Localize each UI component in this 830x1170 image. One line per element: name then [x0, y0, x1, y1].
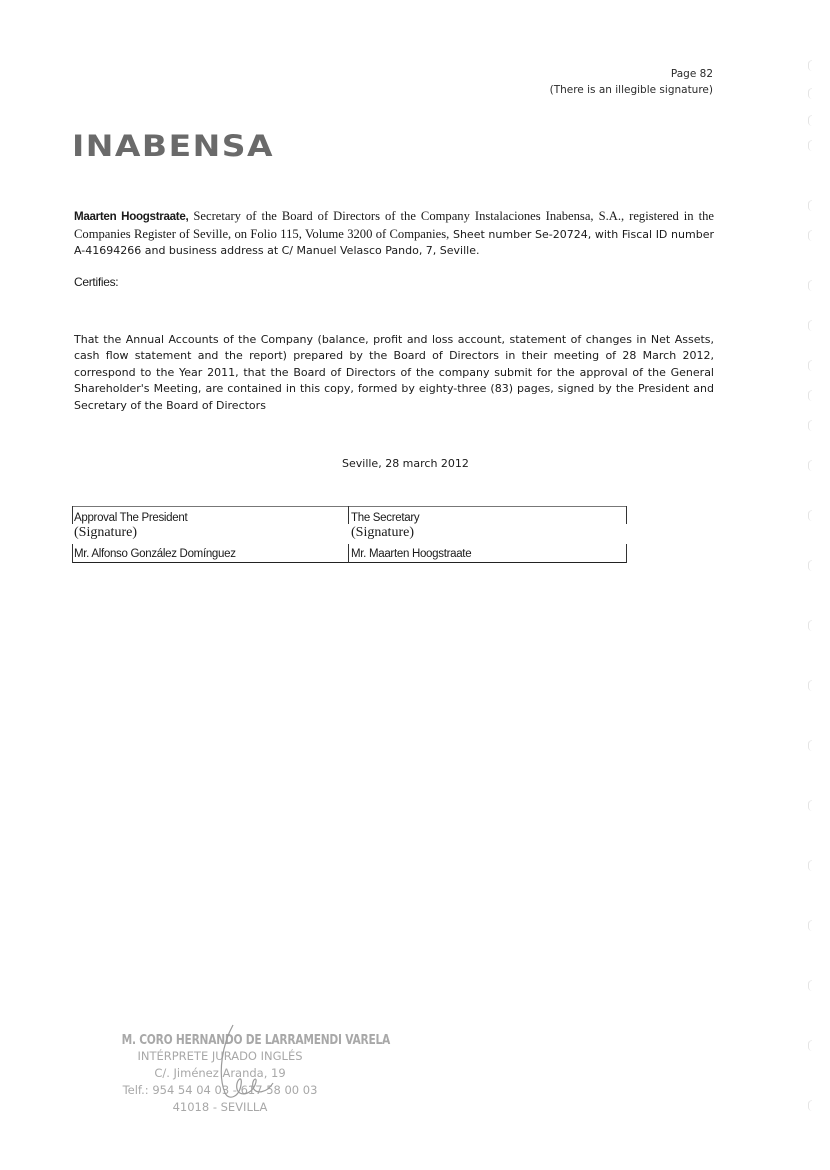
translator-stamp: M. CORO HERNANDO DE LARRAMENDI VARELA IN… — [100, 1033, 340, 1116]
table-divider — [72, 544, 73, 563]
place-date: Seville, 28 march 2012 — [342, 457, 469, 470]
signature-table: Approval The President (Signature) Mr. A… — [72, 506, 627, 563]
table-bottom-border — [72, 562, 627, 563]
president-signature: (Signature) — [74, 525, 137, 541]
table-divider — [348, 544, 349, 563]
secretary-title: The Secretary — [351, 512, 419, 524]
table-divider — [626, 506, 627, 524]
intro-paragraph: Maarten Hoogstraate, Secretary of the Bo… — [74, 208, 714, 260]
table-divider — [626, 544, 627, 563]
signature-note: (There is an illegible signature) — [550, 82, 713, 98]
company-logo: INABENSA — [72, 128, 274, 163]
table-top-border — [72, 506, 627, 507]
table-divider — [348, 506, 349, 524]
president-name: Mr. Alfonso González Domínguez — [74, 548, 236, 560]
certifies-heading: Certifies: — [74, 275, 118, 289]
handwritten-signature-icon — [195, 1023, 285, 1113]
certification-body: That the Annual Accounts of the Company … — [74, 332, 714, 414]
president-title: Approval The President — [74, 512, 187, 524]
secretary-name: Maarten Hoogstraate, — [74, 210, 188, 223]
secretary-signature: (Signature) — [351, 525, 414, 541]
page-header: Page 82 (There is an illegible signature… — [550, 66, 713, 98]
secretary-name-cell: Mr. Maarten Hoogstraate — [351, 548, 471, 560]
scan-margin-marks — [808, 60, 816, 1140]
page-number: Page 82 — [550, 66, 713, 82]
table-divider — [72, 506, 73, 524]
